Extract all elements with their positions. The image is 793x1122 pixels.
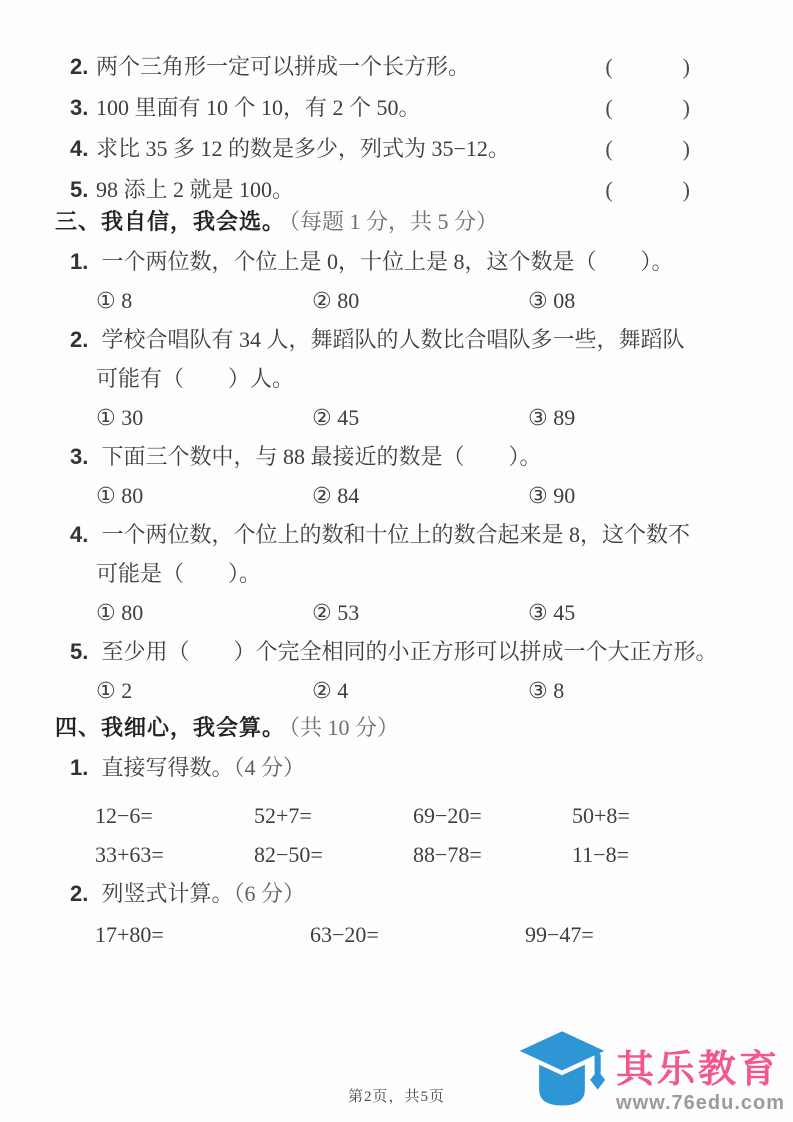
- expression: 99−47=: [525, 915, 594, 954]
- question-number: 4.: [70, 128, 96, 169]
- question-text: 学校合唱队有 34 人，舞蹈队的人数比合唱队多一些，舞蹈队: [102, 327, 685, 352]
- choice-question: 2. 学校合唱队有 34 人，舞蹈队的人数比合唱队多一些，舞蹈队: [0, 320, 793, 359]
- question-number: 4.: [70, 515, 96, 554]
- option-2: ② 45: [312, 398, 528, 437]
- mental-calc-row: 33+63= 82−50= 88−78= 11−8=: [0, 835, 793, 874]
- graduation-cap-icon: [512, 1028, 612, 1116]
- option-1: ① 80: [96, 593, 312, 632]
- choice-question: 4. 一个两位数，个位上的数和十位上的数合起来是 8，这个数不: [0, 515, 793, 554]
- judge-item: 2. 两个三角形一定可以拼成一个长方形。 ( ): [0, 46, 793, 87]
- brand-website: www.76edu.com: [616, 1092, 785, 1114]
- answer-bracket: ( ): [605, 169, 691, 210]
- expression: 69−20=: [413, 796, 572, 835]
- option-3: ③ 90: [528, 476, 575, 515]
- option-1: ① 2: [96, 671, 312, 710]
- worksheet-content: 2. 两个三角形一定可以拼成一个长方形。 ( ) 3. 100 里面有 10 个…: [0, 0, 793, 954]
- question-number: 5.: [70, 632, 96, 671]
- expression: 11−8=: [572, 835, 629, 874]
- expression: 50+8=: [572, 796, 630, 835]
- option-3: ③ 45: [528, 593, 575, 632]
- question-number: 2.: [70, 320, 96, 359]
- answer-bracket: ( ): [605, 128, 691, 169]
- question-text: 一个两位数，个位上的数和十位上的数合起来是 8，这个数不: [102, 522, 691, 547]
- subsection-score: （4 分）: [234, 755, 306, 780]
- subsection-text: 直接写得数。: [102, 755, 234, 780]
- section-score-note: （共 10 分）: [289, 715, 399, 740]
- option-1: ① 8: [96, 281, 312, 320]
- question-text-continuation: 可能是（ ）。: [0, 554, 793, 593]
- choice-question: 1. 一个两位数，个位上是 0，十位上是 8，这个数是（ ）。: [0, 242, 793, 281]
- option-3: ③ 08: [528, 281, 575, 320]
- vertical-calc-row: 17+80= 63−20= 99−47=: [0, 915, 793, 954]
- section-title: 四、我细心，我会算。: [55, 715, 285, 740]
- question-text: 至少用（ ）个完全相同的小正方形可以拼成一个大正方形。: [102, 639, 718, 664]
- option-3: ③ 8: [528, 671, 564, 710]
- question-text: 求比 35 多 12 的数是多少，列式为 35−12。: [96, 128, 510, 169]
- subsection-number: 2.: [70, 874, 96, 913]
- expression: 33+63=: [95, 835, 254, 874]
- judge-item: 3. 100 里面有 10 个 10，有 2 个 50。 ( ): [0, 87, 793, 128]
- question-text-continuation: 可能有（ ）人。: [0, 359, 793, 398]
- expression: 17+80=: [95, 915, 310, 954]
- brand-text-block: 其乐教育 www.76edu.com: [616, 1051, 785, 1116]
- question-text: 两个三角形一定可以拼成一个长方形。: [96, 46, 470, 87]
- section-heading-calculation: 四、我细心，我会算。（共 10 分）: [0, 708, 793, 748]
- question-number: 3.: [70, 437, 96, 476]
- question-text: 下面三个数中，与 88 最接近的数是（ ）。: [102, 444, 542, 469]
- question-number: 2.: [70, 46, 96, 87]
- section-title: 三、我自信，我会选。: [55, 209, 285, 234]
- section-score-note: （每题 1 分，共 5 分）: [289, 209, 498, 234]
- options-row: ① 80 ② 84 ③ 90: [0, 476, 793, 515]
- option-1: ① 30: [96, 398, 312, 437]
- brand-logo: 其乐教育 www.76edu.com: [512, 1028, 785, 1116]
- option-3: ③ 89: [528, 398, 575, 437]
- expression: 52+7=: [254, 796, 413, 835]
- subsection-mental-calc: 1. 直接写得数。（4 分）: [0, 748, 793, 787]
- options-row: ① 8 ② 80 ③ 08: [0, 281, 793, 320]
- expression: 63−20=: [310, 915, 525, 954]
- question-number: 3.: [70, 87, 96, 128]
- answer-bracket: ( ): [605, 87, 691, 128]
- options-row: ① 2 ② 4 ③ 8: [0, 671, 793, 710]
- option-2: ② 80: [312, 281, 528, 320]
- brand-name: 其乐教育: [616, 1051, 780, 1089]
- answer-bracket: ( ): [605, 46, 691, 87]
- option-2: ② 84: [312, 476, 528, 515]
- worksheet-page: 2. 两个三角形一定可以拼成一个长方形。 ( ) 3. 100 里面有 10 个…: [0, 0, 793, 1122]
- expression: 82−50=: [254, 835, 413, 874]
- expression: 88−78=: [413, 835, 572, 874]
- question-text: 一个两位数，个位上是 0，十位上是 8，这个数是（ ）。: [102, 249, 674, 274]
- options-row: ① 80 ② 53 ③ 45: [0, 593, 793, 632]
- expression: 12−6=: [95, 796, 254, 835]
- mental-calc-row: 12−6= 52+7= 69−20= 50+8=: [0, 796, 793, 835]
- subsection-text: 列竖式计算。: [102, 881, 234, 906]
- subsection-vertical-calc: 2. 列竖式计算。（6 分）: [0, 874, 793, 913]
- judge-item: 4. 求比 35 多 12 的数是多少，列式为 35−12。 ( ): [0, 128, 793, 169]
- question-number: 1.: [70, 242, 96, 281]
- option-2: ② 4: [312, 671, 528, 710]
- subsection-score: （6 分）: [234, 881, 306, 906]
- options-row: ① 30 ② 45 ③ 89: [0, 398, 793, 437]
- option-2: ② 53: [312, 593, 528, 632]
- question-text: 100 里面有 10 个 10，有 2 个 50。: [96, 87, 421, 128]
- option-1: ① 80: [96, 476, 312, 515]
- choice-question: 5. 至少用（ ）个完全相同的小正方形可以拼成一个大正方形。: [0, 632, 793, 671]
- choice-question: 3. 下面三个数中，与 88 最接近的数是（ ）。: [0, 437, 793, 476]
- subsection-number: 1.: [70, 748, 96, 787]
